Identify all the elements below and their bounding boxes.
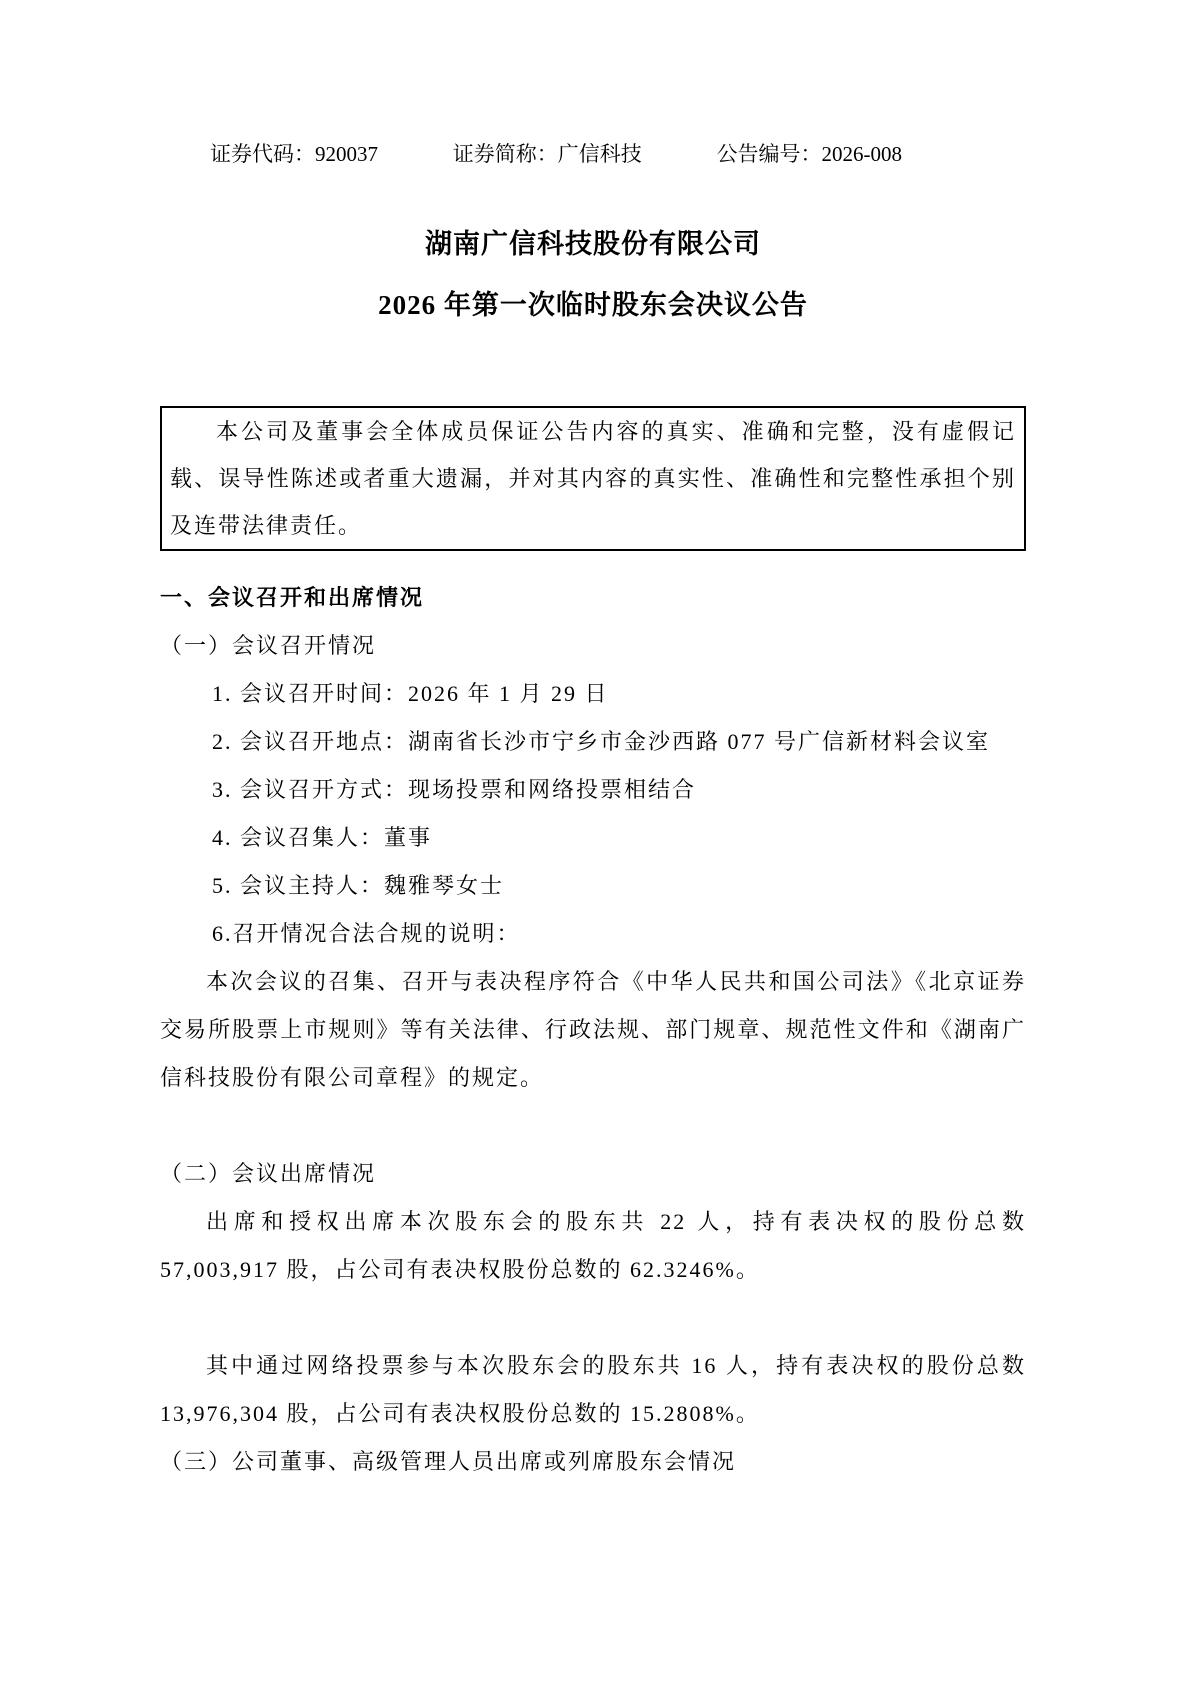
section-heading-meeting-info: 一、会议召开和出席情况 [160,574,1026,622]
subsection-heading-convening: （一）会议召开情况 [160,622,1026,670]
stock-code: 证券代码：920037 [210,138,378,170]
document-body: 一、会议召开和出席情况 （一）会议召开情况 1. 会议召开时间：2026 年 1… [160,574,1026,1486]
attendance-total-paragraph: 出席和授权出席本次股东会的股东共 22 人，持有表决权的股份总数 57,003,… [160,1198,1026,1294]
meeting-time-item: 1. 会议召开时间：2026 年 1 月 29 日 [160,670,1026,718]
announcement-number: 公告编号：2026-008 [717,138,903,170]
subsection-heading-attendance: （二）会议出席情况 [160,1150,1026,1198]
meeting-place-item: 2. 会议召开地点：湖南省长沙市宁乡市金沙西路 077 号广信新材料会议室 [160,718,1026,766]
online-voting-paragraph: 其中通过网络投票参与本次股东会的股东共 16 人，持有表决权的股份总数 13,9… [160,1342,1026,1438]
legality-paragraph: 本次会议的召集、召开与表决程序符合《中华人民共和国公司法》《北京证券交易所股票上… [160,958,1026,1102]
disclaimer-text: 本公司及董事会全体成员保证公告内容的真实、准确和完整，没有虚假记载、误导性陈述或… [170,408,1016,549]
document-subtitle: 2026 年第一次临时股东会决议公告 [160,285,1026,325]
document-header: 证券代码：920037 证券简称：广信科技 公告编号：2026-008 [210,138,902,170]
legality-statement-item: 6.召开情况合法合规的说明： [160,910,1026,958]
meeting-convener-item: 4. 会议召集人：董事 [160,814,1026,862]
document-page: 证券代码：920037 证券简称：广信科技 公告编号：2026-008 湖南广信… [0,0,1190,1683]
subsection-heading-directors: （三）公司董事、高级管理人员出席或列席股东会情况 [160,1438,1026,1486]
stock-abbr: 证券简称：广信科技 [453,138,642,170]
company-title: 湖南广信科技股份有限公司 [160,224,1026,264]
meeting-chair-item: 5. 会议主持人：魏雅琴女士 [160,862,1026,910]
disclaimer-box: 本公司及董事会全体成员保证公告内容的真实、准确和完整，没有虚假记载、误导性陈述或… [160,406,1026,551]
meeting-method-item: 3. 会议召开方式：现场投票和网络投票相结合 [160,766,1026,814]
